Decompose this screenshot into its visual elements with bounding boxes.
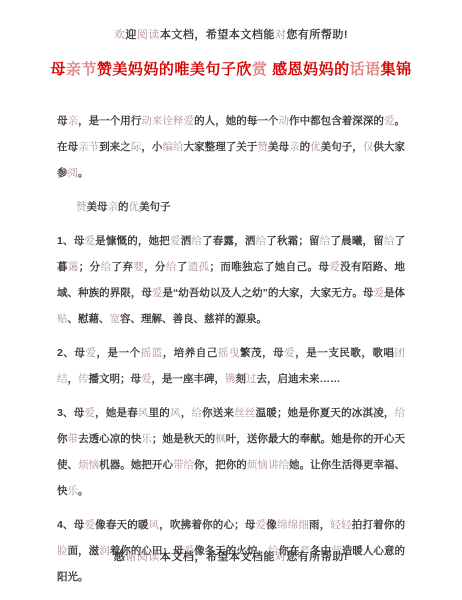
text-run: 2、母 <box>57 347 85 359</box>
text-run-light: 爱 <box>84 519 95 531</box>
text-run-light: 仅 <box>363 141 374 153</box>
text-run: 3、母 <box>57 407 84 419</box>
text-run: 感恩妈妈的 <box>267 61 349 78</box>
text-run-light: 给 <box>191 235 202 247</box>
text-run-light: 爱 <box>85 347 96 359</box>
text-run: 美母 <box>87 201 108 213</box>
text-run-light: 优 <box>129 201 140 213</box>
text-run-light: 动来 <box>141 115 162 127</box>
text-run-light: 赞 <box>76 201 87 213</box>
text-run-light: 给 <box>395 407 406 419</box>
intro-paragraph: 母亲，是一个用行动来诠释爱的人，她的每一个动作中都包含着深深的爱。在母亲节到来之… <box>57 108 405 186</box>
text-run-light: 给 <box>384 235 395 247</box>
text-run: 是体 <box>384 287 405 299</box>
text-run-light: 过 <box>246 373 257 385</box>
text-run-light: 赏 <box>252 61 268 78</box>
text-run: 。 <box>78 485 89 497</box>
text-run-light: 爱 <box>384 115 395 127</box>
text-run-light: 爱 <box>329 261 340 273</box>
text-run: 迎 <box>125 29 137 41</box>
text-run: 里的 <box>149 407 170 419</box>
text-run-light: 爱 <box>141 373 152 385</box>
text-run: 集锦 <box>381 61 412 78</box>
document-title: 母亲节赞美妈妈的唯美句子欣赏 感恩妈妈的话语集锦 <box>28 58 434 79</box>
text-run: 感 <box>114 551 126 563</box>
text-run-light: 乐 <box>141 433 152 445</box>
text-run: 美句子 <box>139 201 171 213</box>
text-run: 机器。她把开心 <box>99 459 173 471</box>
text-run: 容、理解、善良、慈祥的源泉。 <box>120 313 267 325</box>
section-subheading: 赞美母亲的优美句子 <box>57 194 405 220</box>
text-run: 的 <box>118 201 129 213</box>
text-run: ，是一座丰碑， <box>152 373 226 385</box>
text-run: 去，启迪未来…… <box>257 373 341 385</box>
text-run-light: 话语 <box>350 61 381 78</box>
text-run-light: 烦恼 <box>247 459 268 471</box>
text-run-light: 霭 <box>68 261 79 273</box>
text-run-light: 给 <box>320 235 331 247</box>
text-run: ，吹拂着你的心；母 <box>159 519 255 531</box>
text-run: 是“幼吾幼以及人之幼”的大家，大家无方。母 <box>162 287 373 299</box>
text-run: 繁茂，母 <box>240 347 284 359</box>
text-run-light: 赞 <box>257 141 268 153</box>
text-run-light: 际 <box>131 141 142 153</box>
text-run: 了晨曦，留 <box>330 235 383 247</box>
text-run-light: 阅读 <box>137 29 160 41</box>
text-run: 您有所帮助! <box>286 29 348 41</box>
text-run-light: 爱 <box>170 235 181 247</box>
text-run: 到来之 <box>99 141 131 153</box>
text-run-light: 动 <box>278 115 289 127</box>
text-run: 。 <box>78 167 89 179</box>
text-run: 你，把你的 <box>194 459 247 471</box>
text-run: ，是一个 <box>97 347 141 359</box>
text-run-light: 遗孤 <box>188 261 210 273</box>
document-header-note: 欢迎阅读本文档，希望本文档能对您有所帮助! <box>0 26 462 42</box>
text-run-light: 诠释爱 <box>162 115 194 127</box>
text-run-light: 摇篮 <box>141 347 163 359</box>
body-paragraph-1: 1、母爱是慷慨的，她把爱洒给了春露，洒给了秋霜；留给了晨曦，留给了暮霭；分给了弃… <box>57 228 405 332</box>
body-paragraph-3: 3、母爱，她是春风里的风，给你送来丝丝温暖；她是你夏天的冰淇凌，给你带去透心凉的… <box>57 400 405 504</box>
text-run: ， <box>181 407 192 419</box>
text-run-light: 给 <box>166 261 177 273</box>
text-run: 、慰藉、 <box>68 313 110 325</box>
text-run: 赞美妈妈的唯美句子欣 <box>97 61 252 78</box>
text-run: 你送来 <box>202 407 234 419</box>
text-run-light: 贴 <box>57 313 68 325</box>
document-footer-note: 感谢阅读本文档，希望本文档能对您有所帮助! <box>0 548 462 564</box>
text-run: 像 <box>266 519 277 531</box>
text-run-light: 带 <box>68 433 79 445</box>
text-run: 的人，她的每一个 <box>194 115 278 127</box>
text-run: ；她是秋天的 <box>152 433 215 445</box>
text-run-light: 亲节 <box>66 61 97 78</box>
text-run-light: 亲 <box>289 141 300 153</box>
body-paragraph-2: 2、母爱，是一个摇篮，培养自己摇曳繁茂，母爱，是一支民歌，歌唱团结，传播文明；母… <box>57 340 405 392</box>
text-run-light: 对 <box>275 551 287 563</box>
text-run-light: 烦恼 <box>78 459 99 471</box>
text-run: 去透心凉的快 <box>78 433 141 445</box>
text-run-light: 优 <box>310 141 321 153</box>
text-run: ；分 <box>79 261 101 273</box>
text-run-light: 婴 <box>133 261 144 273</box>
text-run-light: 传 <box>78 373 89 385</box>
text-run-light: 绵绵细 <box>277 519 309 531</box>
text-run: 刻 <box>236 373 247 385</box>
text-run: 1、母 <box>57 235 84 247</box>
text-run-light: 枫 <box>215 433 226 445</box>
text-run: 了春露，洒 <box>202 235 255 247</box>
text-run-light: 带给 <box>173 459 194 471</box>
text-run: 本文档，希望本文档能 <box>160 29 275 41</box>
text-run: 了 <box>177 261 188 273</box>
text-run: 洒 <box>181 235 192 247</box>
text-run: ， <box>68 373 79 385</box>
text-run-light: 欢 <box>114 29 126 41</box>
text-run-light: 镌 <box>225 373 236 385</box>
text-run-light: 风 <box>149 519 160 531</box>
text-run: 本文档，希望本文档能 <box>160 551 275 563</box>
text-run-light: 亲 <box>108 201 119 213</box>
text-run-light: 丝丝 <box>234 407 255 419</box>
document-page: 欢迎阅读本文档，希望本文档能对您有所帮助! 母亲节赞美妈妈的唯美句子欣赏 感恩妈… <box>0 0 462 600</box>
text-run-light: 爱 <box>373 287 384 299</box>
text-run-light: 节 <box>89 141 100 153</box>
text-run: ，分 <box>144 261 166 273</box>
document-body: 母亲，是一个用行动来诠释爱的人，她的每一个动作中都包含着深深的爱。在母亲节到来之… <box>57 108 405 598</box>
text-run-light: 宽 <box>110 313 121 325</box>
text-run: 了秋霜；留 <box>266 235 319 247</box>
text-run: ，培养自己 <box>163 347 218 359</box>
text-run: 母 <box>57 115 68 127</box>
text-run-light: 爱 <box>284 347 295 359</box>
text-run-light: 乐 <box>68 485 79 497</box>
text-run: 温暖；她是你夏天的冰淇凌， <box>256 407 395 419</box>
text-run-light: 亲 <box>78 141 89 153</box>
text-run: 拍打着你的 <box>352 519 405 531</box>
text-run-light: 讲给 <box>268 459 289 471</box>
text-run: 你 <box>57 433 68 445</box>
text-run: ，是一个用行 <box>78 115 141 127</box>
text-run: 了弃 <box>111 261 133 273</box>
text-run-light: 爱 <box>84 235 95 247</box>
text-run: ，小 <box>141 141 162 153</box>
text-run: 像春天的暖 <box>95 519 148 531</box>
text-run: 播文明；母 <box>89 373 142 385</box>
text-run-light: 风 <box>138 407 149 419</box>
text-run: 雨， <box>309 519 330 531</box>
text-run-light: 编给 <box>162 141 183 153</box>
text-run-light: 给 <box>256 235 267 247</box>
text-run: 大家整理了关于 <box>184 141 258 153</box>
text-run-light: 风 <box>170 407 181 419</box>
text-run: ，是一支民歌，歌唱 <box>295 347 394 359</box>
text-run-light: 轻轻 <box>330 519 351 531</box>
text-run-light: 爱 <box>256 519 267 531</box>
text-run: 作中都包含着深深的 <box>289 115 384 127</box>
text-run-light: 阅 <box>68 167 79 179</box>
text-run-light: 爱 <box>152 287 163 299</box>
text-run-light: 谢阅读 <box>125 551 160 563</box>
text-run-light: 对 <box>275 29 287 41</box>
text-run-light: 摇曳 <box>218 347 240 359</box>
text-run: 您有所帮助! <box>286 551 348 563</box>
text-run: 美母 <box>268 141 289 153</box>
text-run: 是慷慨的，她把 <box>95 235 170 247</box>
text-run-light: 给 <box>101 261 112 273</box>
text-run: 母 <box>50 61 66 78</box>
text-run-light: 给 <box>191 407 202 419</box>
text-run: 4、母 <box>57 519 84 531</box>
text-run-light: 亲 <box>68 115 79 127</box>
text-run: 美句子， <box>321 141 363 153</box>
text-run: ，她是春 <box>95 407 138 419</box>
text-run: 的 <box>300 141 311 153</box>
text-run: ；而唯独忘了她自己。母 <box>209 261 329 273</box>
text-run-light: 爱 <box>84 407 95 419</box>
